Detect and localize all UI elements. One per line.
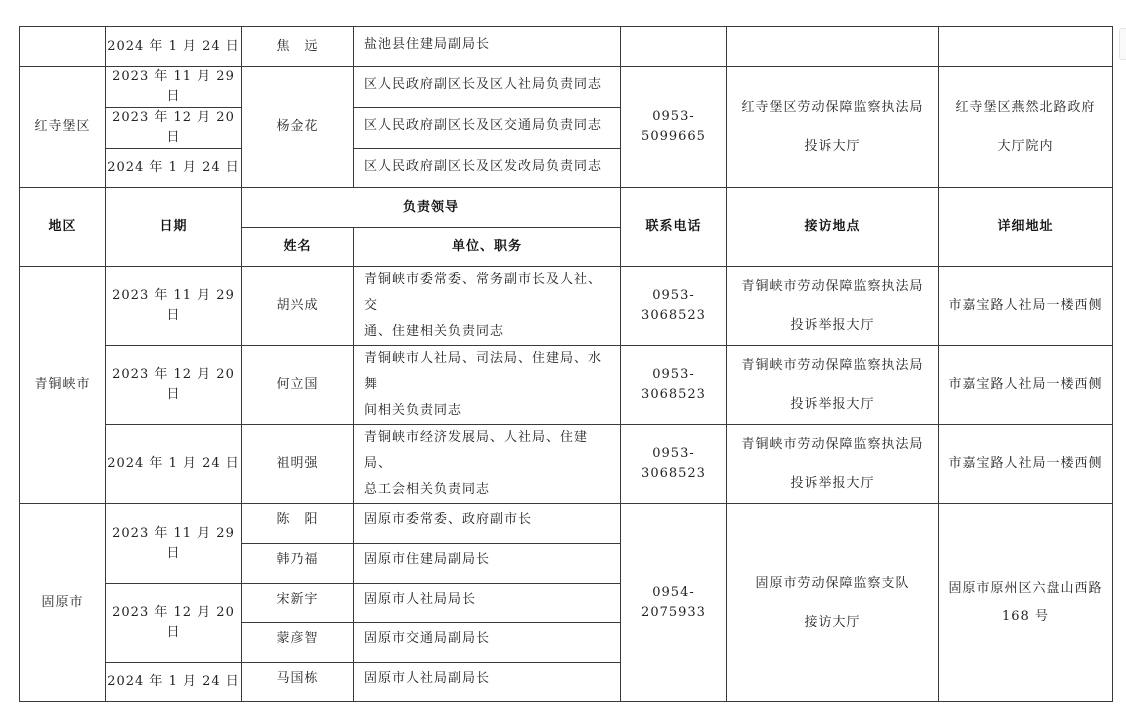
location-line: 青铜峡市劳动保障监察执法局 — [727, 346, 938, 385]
side-panel-handle[interactable] — [1119, 28, 1126, 60]
header-date: 日期 — [106, 188, 242, 267]
leader-name-cell: 祖明强 — [242, 425, 354, 504]
location-cell: 青铜峡市劳动保障监察执法局 投诉举报大厅 — [727, 425, 939, 504]
date-cell: 2024 年 1 月 24 日 — [106, 27, 242, 67]
date-cell: 2023 年 12 月 20 日 — [106, 584, 242, 663]
location-line: 红寺堡区劳动保障监察执法局 — [727, 88, 938, 127]
address-cell: 市嘉宝路人社局一楼西侧 — [939, 267, 1113, 346]
region-cell: 固原市 — [20, 504, 106, 702]
location-line: 投诉大厅 — [727, 127, 938, 166]
leader-position-cell: 区人民政府副区长及区发改局负责同志 — [354, 149, 621, 188]
location-cell: 青铜峡市劳动保障监察执法局 投诉举报大厅 — [727, 267, 939, 346]
document-page: 2024 年 1 月 24 日 焦 远 盐池县住建局副局长 红寺堡区 2023 … — [0, 0, 1126, 720]
leader-name-cell: 何立国 — [242, 346, 354, 425]
date-cell: 2023 年 12 月 20 日 — [106, 346, 242, 425]
header-position: 单位、职务 — [354, 228, 621, 267]
location-line: 青铜峡市劳动保障监察执法局 — [727, 425, 938, 464]
date-cell: 2024 年 1 月 24 日 — [106, 425, 242, 504]
leader-position-cell: 固原市人社局局长 — [354, 584, 621, 623]
header-region: 地区 — [20, 188, 106, 267]
leader-position-cell: 青铜峡市人社局、司法局、住建局、水舞 间相关负责同志 — [354, 346, 621, 425]
region-cell-empty — [20, 27, 106, 67]
location-cell: 青铜峡市劳动保障监察执法局 投诉举报大厅 — [727, 346, 939, 425]
region-cell: 红寺堡区 — [20, 67, 106, 188]
petition-schedule-table: 2024 年 1 月 24 日 焦 远 盐池县住建局副局长 红寺堡区 2023 … — [19, 26, 1113, 702]
table-header-row: 地区 日期 负责领导 联系电话 接访地点 详细地址 — [20, 188, 1113, 228]
phone-cell: 0954-2075933 — [621, 504, 727, 702]
leader-position-cell: 固原市委常委、政府副市长 — [354, 504, 621, 544]
phone-cell: 0953-5099665 — [621, 67, 727, 188]
position-line: 青铜峡市经济发展局、人社局、住建局、 — [364, 425, 614, 477]
leader-position-cell: 青铜峡市经济发展局、人社局、住建局、 总工会相关负责同志 — [354, 425, 621, 504]
region-cell: 青铜峡市 — [20, 267, 106, 504]
phone-cell: 0953-3068523 — [621, 425, 727, 504]
header-phone: 联系电话 — [621, 188, 727, 267]
location-cell-empty — [727, 27, 939, 67]
phone-cell: 0953-3068523 — [621, 346, 727, 425]
position-line: 通、住建相关负责同志 — [364, 319, 614, 345]
address-line: 固原市原州区六盘山西路 — [939, 575, 1112, 603]
leader-name-cell: 杨金花 — [242, 67, 354, 188]
leader-name-cell: 陈 阳 — [242, 504, 354, 544]
address-cell: 市嘉宝路人社局一楼西侧 — [939, 346, 1113, 425]
header-address: 详细地址 — [939, 188, 1113, 267]
date-cell: 2023 年 12 月 20 日 — [106, 108, 242, 149]
date-cell: 2023 年 11 月 29 日 — [106, 67, 242, 108]
date-cell: 2023 年 11 月 29 日 — [106, 504, 242, 584]
phone-cell-empty — [621, 27, 727, 67]
position-line: 间相关负责同志 — [364, 398, 614, 424]
address-cell-empty — [939, 27, 1113, 67]
table-row: 红寺堡区 2023 年 11 月 29 日 杨金花 区人民政府副区长及区人社局负… — [20, 67, 1113, 108]
leader-position-cell: 青铜峡市委常委、常务副市长及人社、交 通、住建相关负责同志 — [354, 267, 621, 346]
location-line: 固原市劳动保障监察支队 — [727, 564, 938, 603]
phone-cell: 0953-3068523 — [621, 267, 727, 346]
leader-name-cell: 韩乃福 — [242, 544, 354, 584]
position-line: 青铜峡市委常委、常务副市长及人社、交 — [364, 267, 614, 319]
table-row-partial: 2024 年 1 月 24 日 焦 远 盐池县住建局副局长 — [20, 27, 1113, 67]
header-leader-group: 负责领导 — [242, 188, 621, 228]
date-cell: 2024 年 1 月 24 日 — [106, 663, 242, 702]
address-cell: 固原市原州区六盘山西路 168 号 — [939, 504, 1113, 702]
table-row: 2023 年 12 月 20 日 何立国 青铜峡市人社局、司法局、住建局、水舞 … — [20, 346, 1113, 425]
address-line: 红寺堡区燕然北路政府 — [939, 88, 1112, 127]
position-line: 总工会相关负责同志 — [364, 477, 614, 503]
location-line: 青铜峡市劳动保障监察执法局 — [727, 267, 938, 306]
location-cell: 红寺堡区劳动保障监察执法局 投诉大厅 — [727, 67, 939, 188]
header-name: 姓名 — [242, 228, 354, 267]
leader-position-cell: 固原市交通局副局长 — [354, 623, 621, 663]
leader-position-cell: 固原市住建局副局长 — [354, 544, 621, 584]
leader-name-cell: 焦 远 — [242, 27, 354, 67]
leader-name-cell: 蒙彦智 — [242, 623, 354, 663]
date-cell: 2024 年 1 月 24 日 — [106, 149, 242, 188]
location-line: 投诉举报大厅 — [727, 464, 938, 503]
table-row: 固原市 2023 年 11 月 29 日 陈 阳 固原市委常委、政府副市长 09… — [20, 504, 1113, 544]
location-line: 投诉举报大厅 — [727, 385, 938, 424]
location-line: 接访大厅 — [727, 603, 938, 642]
leader-position-cell: 区人民政府副区长及区人社局负责同志 — [354, 67, 621, 108]
header-location: 接访地点 — [727, 188, 939, 267]
table-row: 青铜峡市 2023 年 11 月 29 日 胡兴成 青铜峡市委常委、常务副市长及… — [20, 267, 1113, 346]
position-line: 青铜峡市人社局、司法局、住建局、水舞 — [364, 346, 614, 398]
address-line: 168 号 — [939, 603, 1112, 631]
location-cell: 固原市劳动保障监察支队 接访大厅 — [727, 504, 939, 702]
date-cell: 2023 年 11 月 29 日 — [106, 267, 242, 346]
leader-name-cell: 胡兴成 — [242, 267, 354, 346]
leader-position-cell: 固原市人社局副局长 — [354, 663, 621, 702]
address-cell: 市嘉宝路人社局一楼西侧 — [939, 425, 1113, 504]
leader-name-cell: 马国栋 — [242, 663, 354, 702]
leader-position-cell: 盐池县住建局副局长 — [354, 27, 621, 67]
table-row: 2024 年 1 月 24 日 祖明强 青铜峡市经济发展局、人社局、住建局、 总… — [20, 425, 1113, 504]
location-line: 投诉举报大厅 — [727, 306, 938, 345]
leader-name-cell: 宋新宇 — [242, 584, 354, 623]
address-cell: 红寺堡区燕然北路政府 大厅院内 — [939, 67, 1113, 188]
leader-position-cell: 区人民政府副区长及区交通局负责同志 — [354, 108, 621, 149]
address-line: 大厅院内 — [939, 127, 1112, 166]
